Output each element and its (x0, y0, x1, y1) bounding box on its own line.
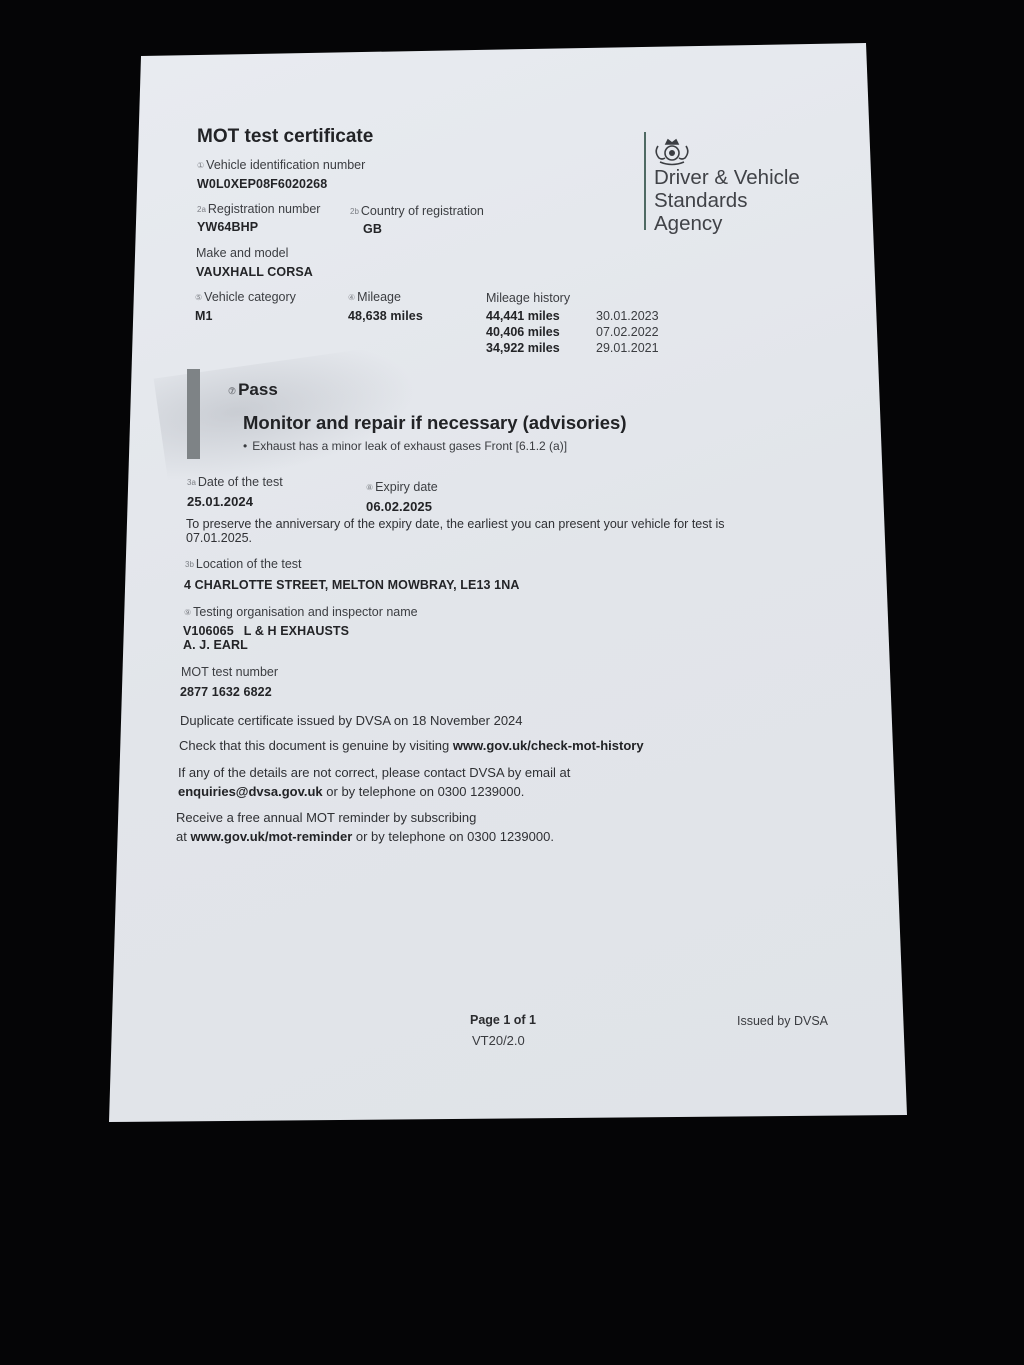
mileage-label: ④Mileage (348, 290, 401, 304)
form-code: VT20/2.0 (472, 1033, 525, 1048)
vin-label: ①Vehicle identification number (197, 158, 365, 172)
field-number-icon: ⑤ (195, 293, 202, 302)
mileage-history-list: 44,441 miles 30.01.2023 40,406 miles 07.… (486, 309, 659, 355)
test-number-label: MOT test number (181, 665, 278, 679)
issued-by: Issued by DVSA (737, 1014, 828, 1028)
mileage-history-date: 30.01.2023 (596, 309, 659, 323)
result-indicator-bar (187, 369, 200, 459)
mot-reminder-link[interactable]: www.gov.uk/mot-reminder (190, 829, 352, 844)
tester-organisation: V106065L & H EXHAUSTS (183, 624, 349, 638)
field-number-icon: ④ (348, 293, 355, 302)
advisory-heading: Monitor and repair if necessary (advisor… (243, 412, 627, 434)
make-model-label: Make and model (196, 246, 288, 260)
vin-value: W0L0XEP08F6020268 (197, 177, 327, 191)
country-label: 2bCountry of registration (350, 204, 484, 218)
location-label: 3bLocation of the test (185, 557, 302, 571)
expiry-date-value: 06.02.2025 (366, 499, 432, 514)
registration-label: 2aRegistration number (197, 202, 320, 216)
earliest-test-note: To preserve the anniversary of the expir… (186, 517, 724, 545)
test-date-label: 3aDate of the test (187, 475, 283, 489)
vehicle-category-label: ⑤Vehicle category (195, 290, 296, 304)
field-number-icon: 2b (350, 207, 359, 216)
check-mot-history-link[interactable]: www.gov.uk/check-mot-history (453, 738, 644, 753)
contact-email-link[interactable]: enquiries@dvsa.gov.uk (178, 784, 323, 799)
field-number-icon: ⑦ (228, 386, 236, 397)
field-number-icon: 3b (185, 560, 194, 569)
contact-note: If any of the details are not correct, p… (178, 763, 570, 801)
certificate-paper: MOT test certificate ①Vehicle identifica… (0, 0, 1024, 1365)
inspector-name: A. J. EARL (183, 638, 248, 652)
result-status: ⑦Pass (228, 380, 278, 400)
bullet-icon: • (243, 439, 247, 453)
test-number-value: 2877 1632 6822 (180, 685, 272, 699)
mileage-history-miles: 44,441 miles (486, 309, 596, 323)
mileage-value: 48,638 miles (348, 309, 423, 323)
test-date-value: 25.01.2024 (187, 494, 253, 509)
reminder-note: Receive a free annual MOT reminder by su… (176, 808, 554, 846)
field-number-icon: 2a (197, 205, 206, 214)
mileage-history-date: 07.02.2022 (596, 325, 659, 339)
field-number-icon: ① (197, 161, 204, 170)
country-value: GB (363, 222, 382, 236)
royal-crest-icon (652, 136, 692, 166)
field-number-icon: 3a (187, 478, 196, 487)
advisory-item: •Exhaust has a minor leak of exhaust gas… (243, 439, 567, 453)
field-number-icon: ⑨ (184, 608, 191, 617)
expiry-date-label: ⑧Expiry date (366, 480, 438, 494)
vehicle-category-value: M1 (195, 309, 213, 323)
mileage-history-miles: 40,406 miles (486, 325, 596, 339)
mileage-history-date: 29.01.2021 (596, 341, 659, 355)
field-number-icon: ⑧ (366, 483, 373, 492)
duplicate-note: Duplicate certificate issued by DVSA on … (180, 713, 523, 728)
location-value: 4 CHARLOTTE STREET, MELTON MOWBRAY, LE13… (184, 578, 519, 592)
agency-name: Driver & Vehicle Standards Agency (654, 166, 800, 235)
page-number: Page 1 of 1 (470, 1013, 536, 1027)
mileage-history-label: Mileage history (486, 291, 570, 305)
agency-divider (644, 132, 646, 230)
registration-value: YW64BHP (197, 220, 258, 234)
check-genuine-note: Check that this document is genuine by v… (179, 738, 644, 753)
make-model-value: VAUXHALL CORSA (196, 265, 313, 279)
tester-label: ⑨Testing organisation and inspector name (184, 605, 418, 619)
page-title: MOT test certificate (197, 126, 373, 148)
mileage-history-miles: 34,922 miles (486, 341, 596, 355)
